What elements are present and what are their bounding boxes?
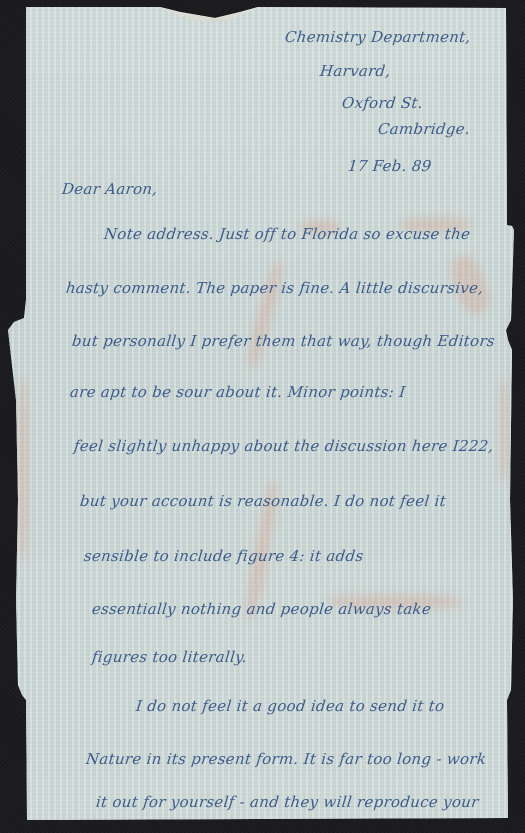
body-line-10: I do not feel it a good idea to send it … <box>135 697 445 715</box>
paper-fold <box>160 7 260 21</box>
stain <box>244 260 286 370</box>
body-line-6: but your account is reasonable. I do not… <box>79 492 447 510</box>
body-line-12: it out for yourself - and they will repr… <box>95 793 480 811</box>
address-line-4: Cambridge. <box>377 120 471 138</box>
stain <box>500 380 508 480</box>
body-line-11: Nature in its present form. It is far to… <box>85 750 487 768</box>
stain <box>18 380 28 560</box>
address-line-2: Harvard, <box>319 62 391 80</box>
body-line-7: sensible to include figure 4: it adds <box>83 547 364 565</box>
body-line-4: are apt to be sour about it. Minor point… <box>69 383 406 401</box>
address-line-1: Chemistry Department, <box>284 28 472 46</box>
salutation: Dear Aaron, <box>61 180 158 198</box>
body-line-8: essentially nothing and people always ta… <box>91 600 432 618</box>
body-line-2: hasty comment. The paper is fine. A litt… <box>65 279 484 297</box>
body-line-3: but personally I prefer them that way, t… <box>71 332 496 350</box>
letter-date: 17 Feb. 89 <box>347 157 432 175</box>
body-line-5: feel slightly unhappy about the discussi… <box>73 437 495 455</box>
body-line-9: figures too literally. <box>91 648 248 666</box>
address-line-3: Oxford St. <box>341 94 424 112</box>
body-line-1: Note address. Just off to Florida so exc… <box>103 225 471 243</box>
